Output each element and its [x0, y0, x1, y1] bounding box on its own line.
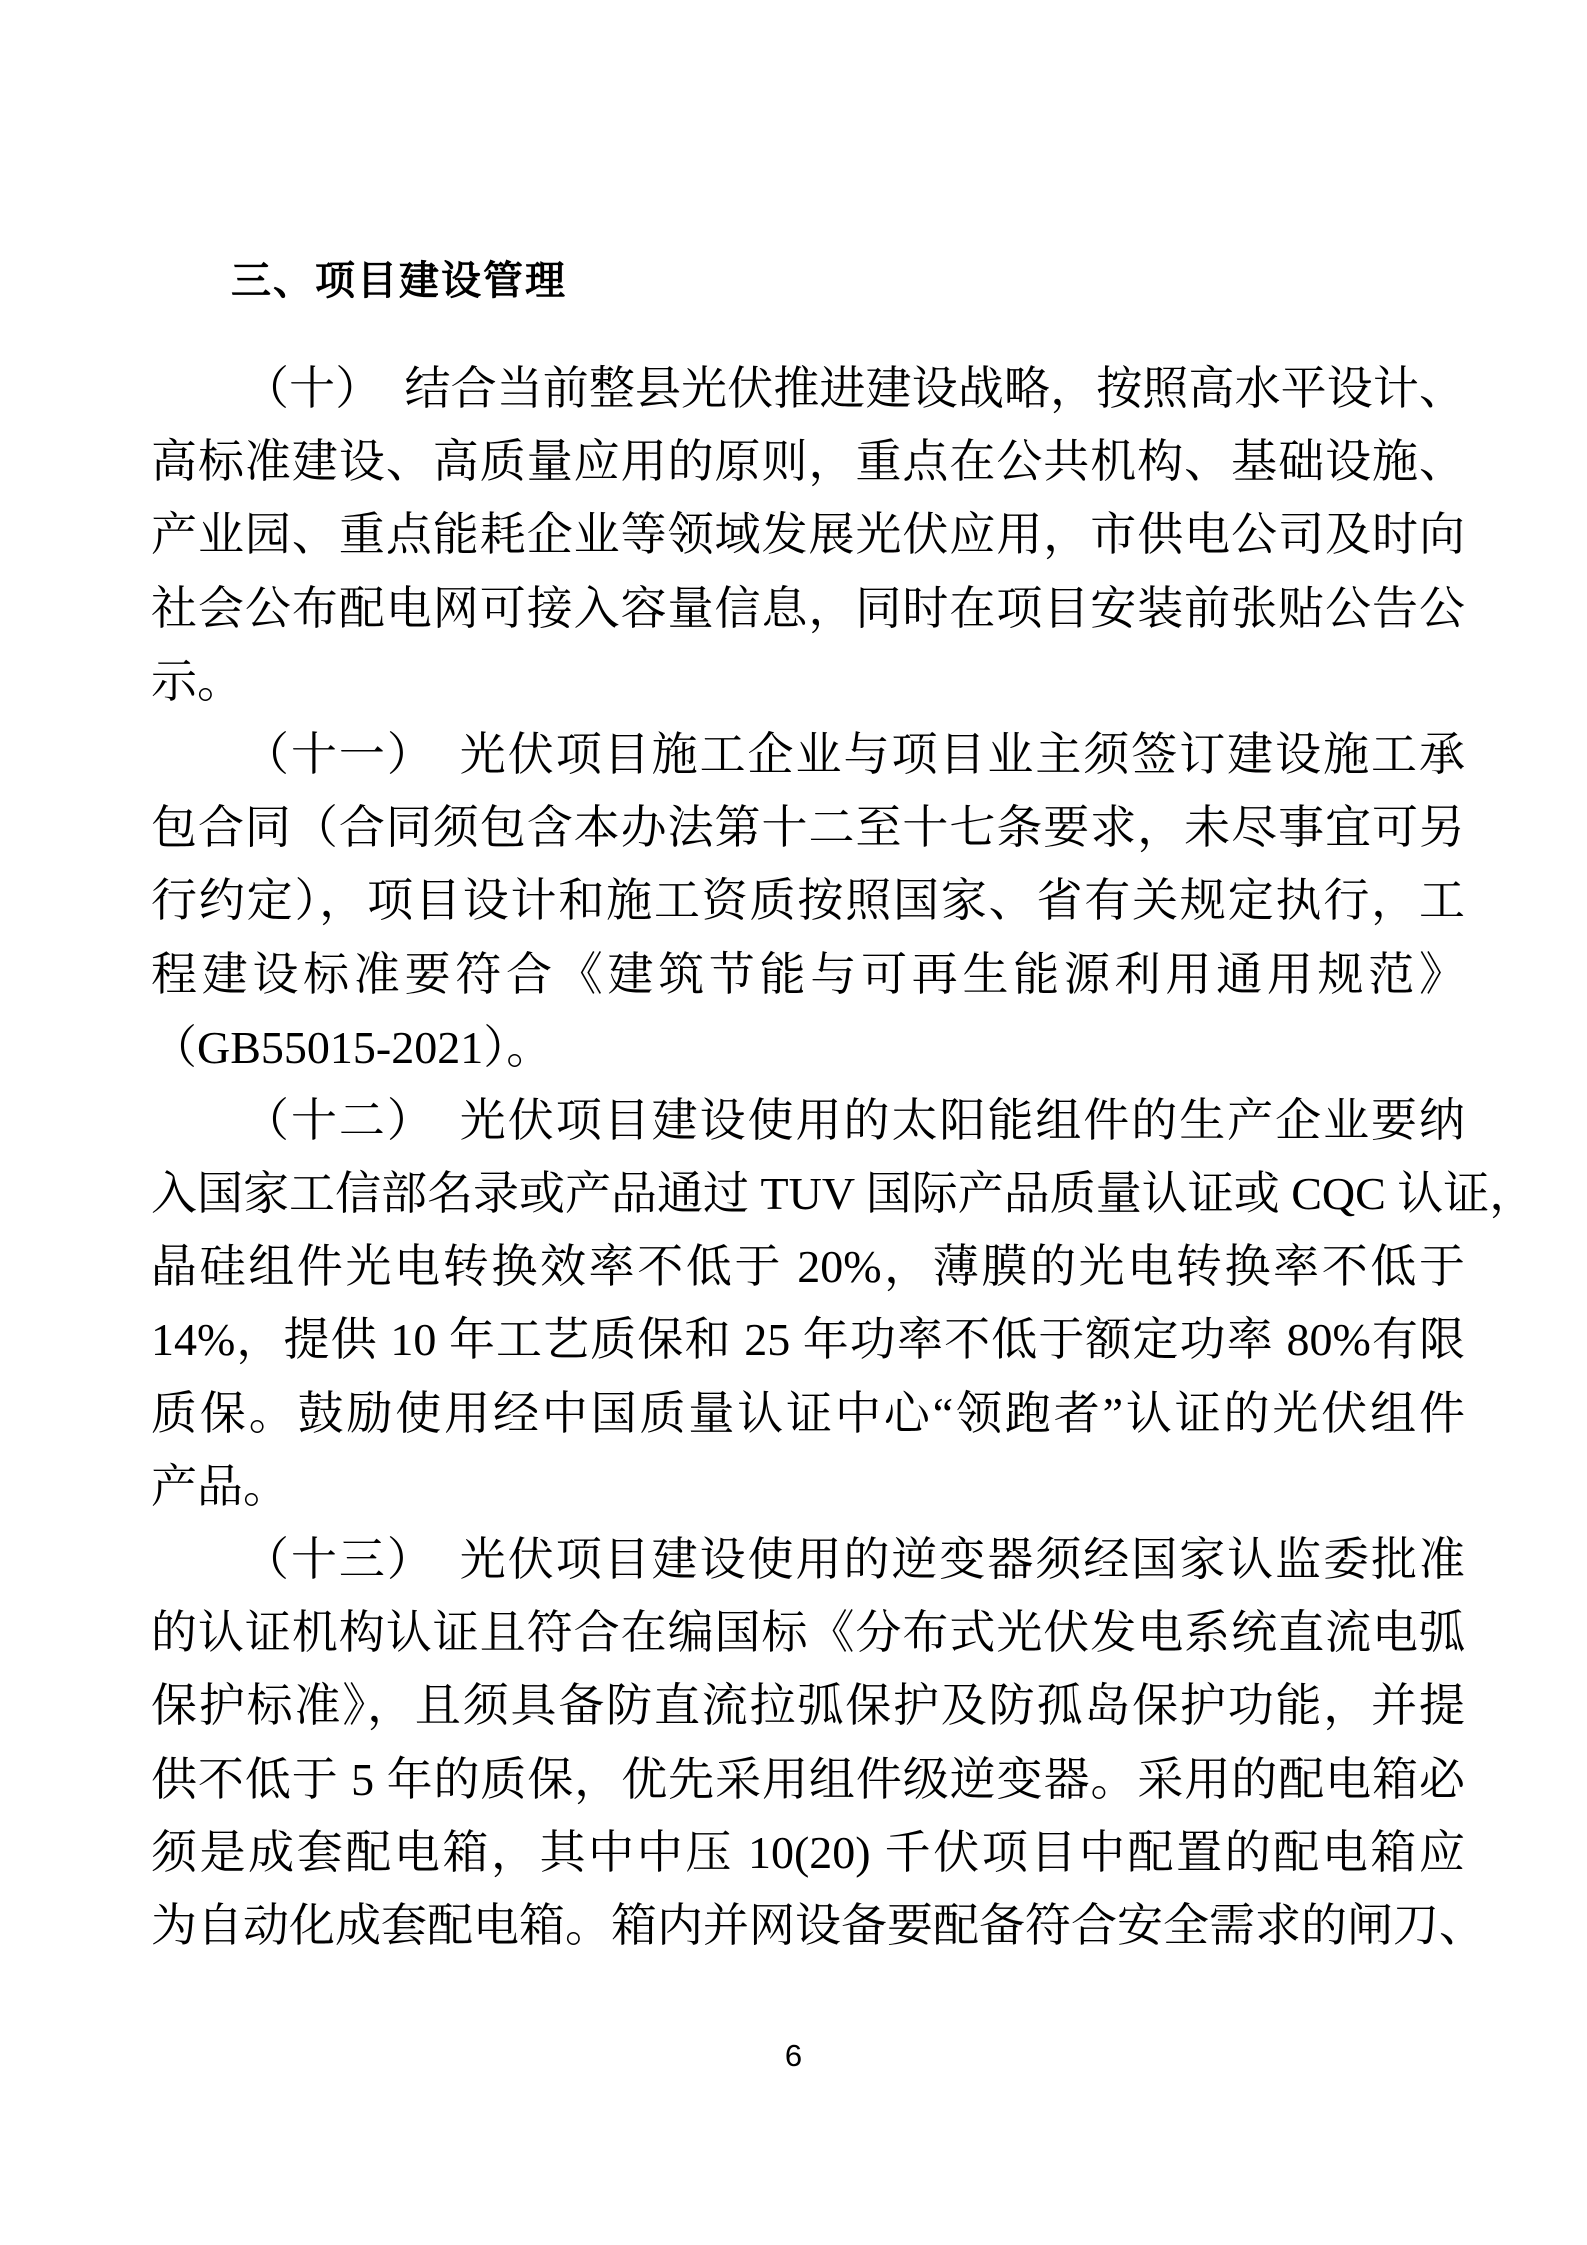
body-line: （十二） 光伏项目建设使用的太阳能组件的生产企业要纳	[151, 1084, 1465, 1157]
body-line: （GB55015-2021）。	[151, 1011, 1465, 1084]
body-line: 示。	[151, 645, 1465, 718]
body-line: 为自动化成套配电箱。箱内并网设备要配备符合安全需求的闸刀、	[151, 1889, 1465, 1962]
section-heading: 三、项目建设管理	[151, 251, 1465, 311]
body-line: 产品。	[151, 1450, 1465, 1523]
body-line: 行约定），项目设计和施工资质按照国家、省有关规定执行，工	[151, 864, 1465, 937]
body-line: （十三） 光伏项目建设使用的逆变器须经国家认监委批准	[151, 1523, 1465, 1596]
body-line: 晶硅组件光电转换效率不低于 20%，薄膜的光电转换率不低于	[151, 1230, 1465, 1303]
body-line: 社会公布配电网可接入容量信息，同时在项目安装前张贴公告公	[151, 572, 1465, 645]
document-page: 三、项目建设管理 （十） 结合当前整县光伏推进建设战略，按照高水平设计、高标准建…	[0, 0, 1587, 2245]
body-line: （十） 结合当前整县光伏推进建设战略，按照高水平设计、	[151, 352, 1465, 425]
page-number: 6	[0, 2036, 1587, 2076]
body-line: 供不低于 5 年的质保，优先采用组件级逆变器。采用的配电箱必	[151, 1743, 1465, 1816]
body-line: 高标准建设、高质量应用的原则，重点在公共机构、基础设施、	[151, 425, 1465, 498]
body-line: （十一） 光伏项目施工企业与项目业主须签订建设施工承	[151, 718, 1465, 791]
body-line: 14%，提供 10 年工艺质保和 25 年功率不低于额定功率 80%有限	[151, 1303, 1465, 1376]
body-text: （十） 结合当前整县光伏推进建设战略，按照高水平设计、高标准建设、高质量应用的原…	[151, 352, 1465, 1962]
body-line: 程建设标准要符合《建筑节能与可再生能源利用通用规范》	[151, 938, 1465, 1011]
body-line: 保护标准》，且须具备防直流拉弧保护及防孤岛保护功能，并提	[151, 1669, 1465, 1742]
body-line: 须是成套配电箱，其中中压 10(20) 千伏项目中配置的配电箱应	[151, 1816, 1465, 1889]
body-line: 包合同（合同须包含本办法第十二至十七条要求，未尽事宜可另	[151, 791, 1465, 864]
body-line: 入国家工信部名录或产品通过 TUV 国际产品质量认证或 CQC 认证，	[151, 1157, 1465, 1230]
body-line: 产业园、重点能耗企业等领域发展光伏应用，市供电公司及时向	[151, 498, 1465, 571]
body-line: 的认证机构认证且符合在编国标《分布式光伏发电系统直流电弧	[151, 1596, 1465, 1669]
body-line: 质保。鼓励使用经中国质量认证中心“领跑者”认证的光伏组件	[151, 1377, 1465, 1450]
